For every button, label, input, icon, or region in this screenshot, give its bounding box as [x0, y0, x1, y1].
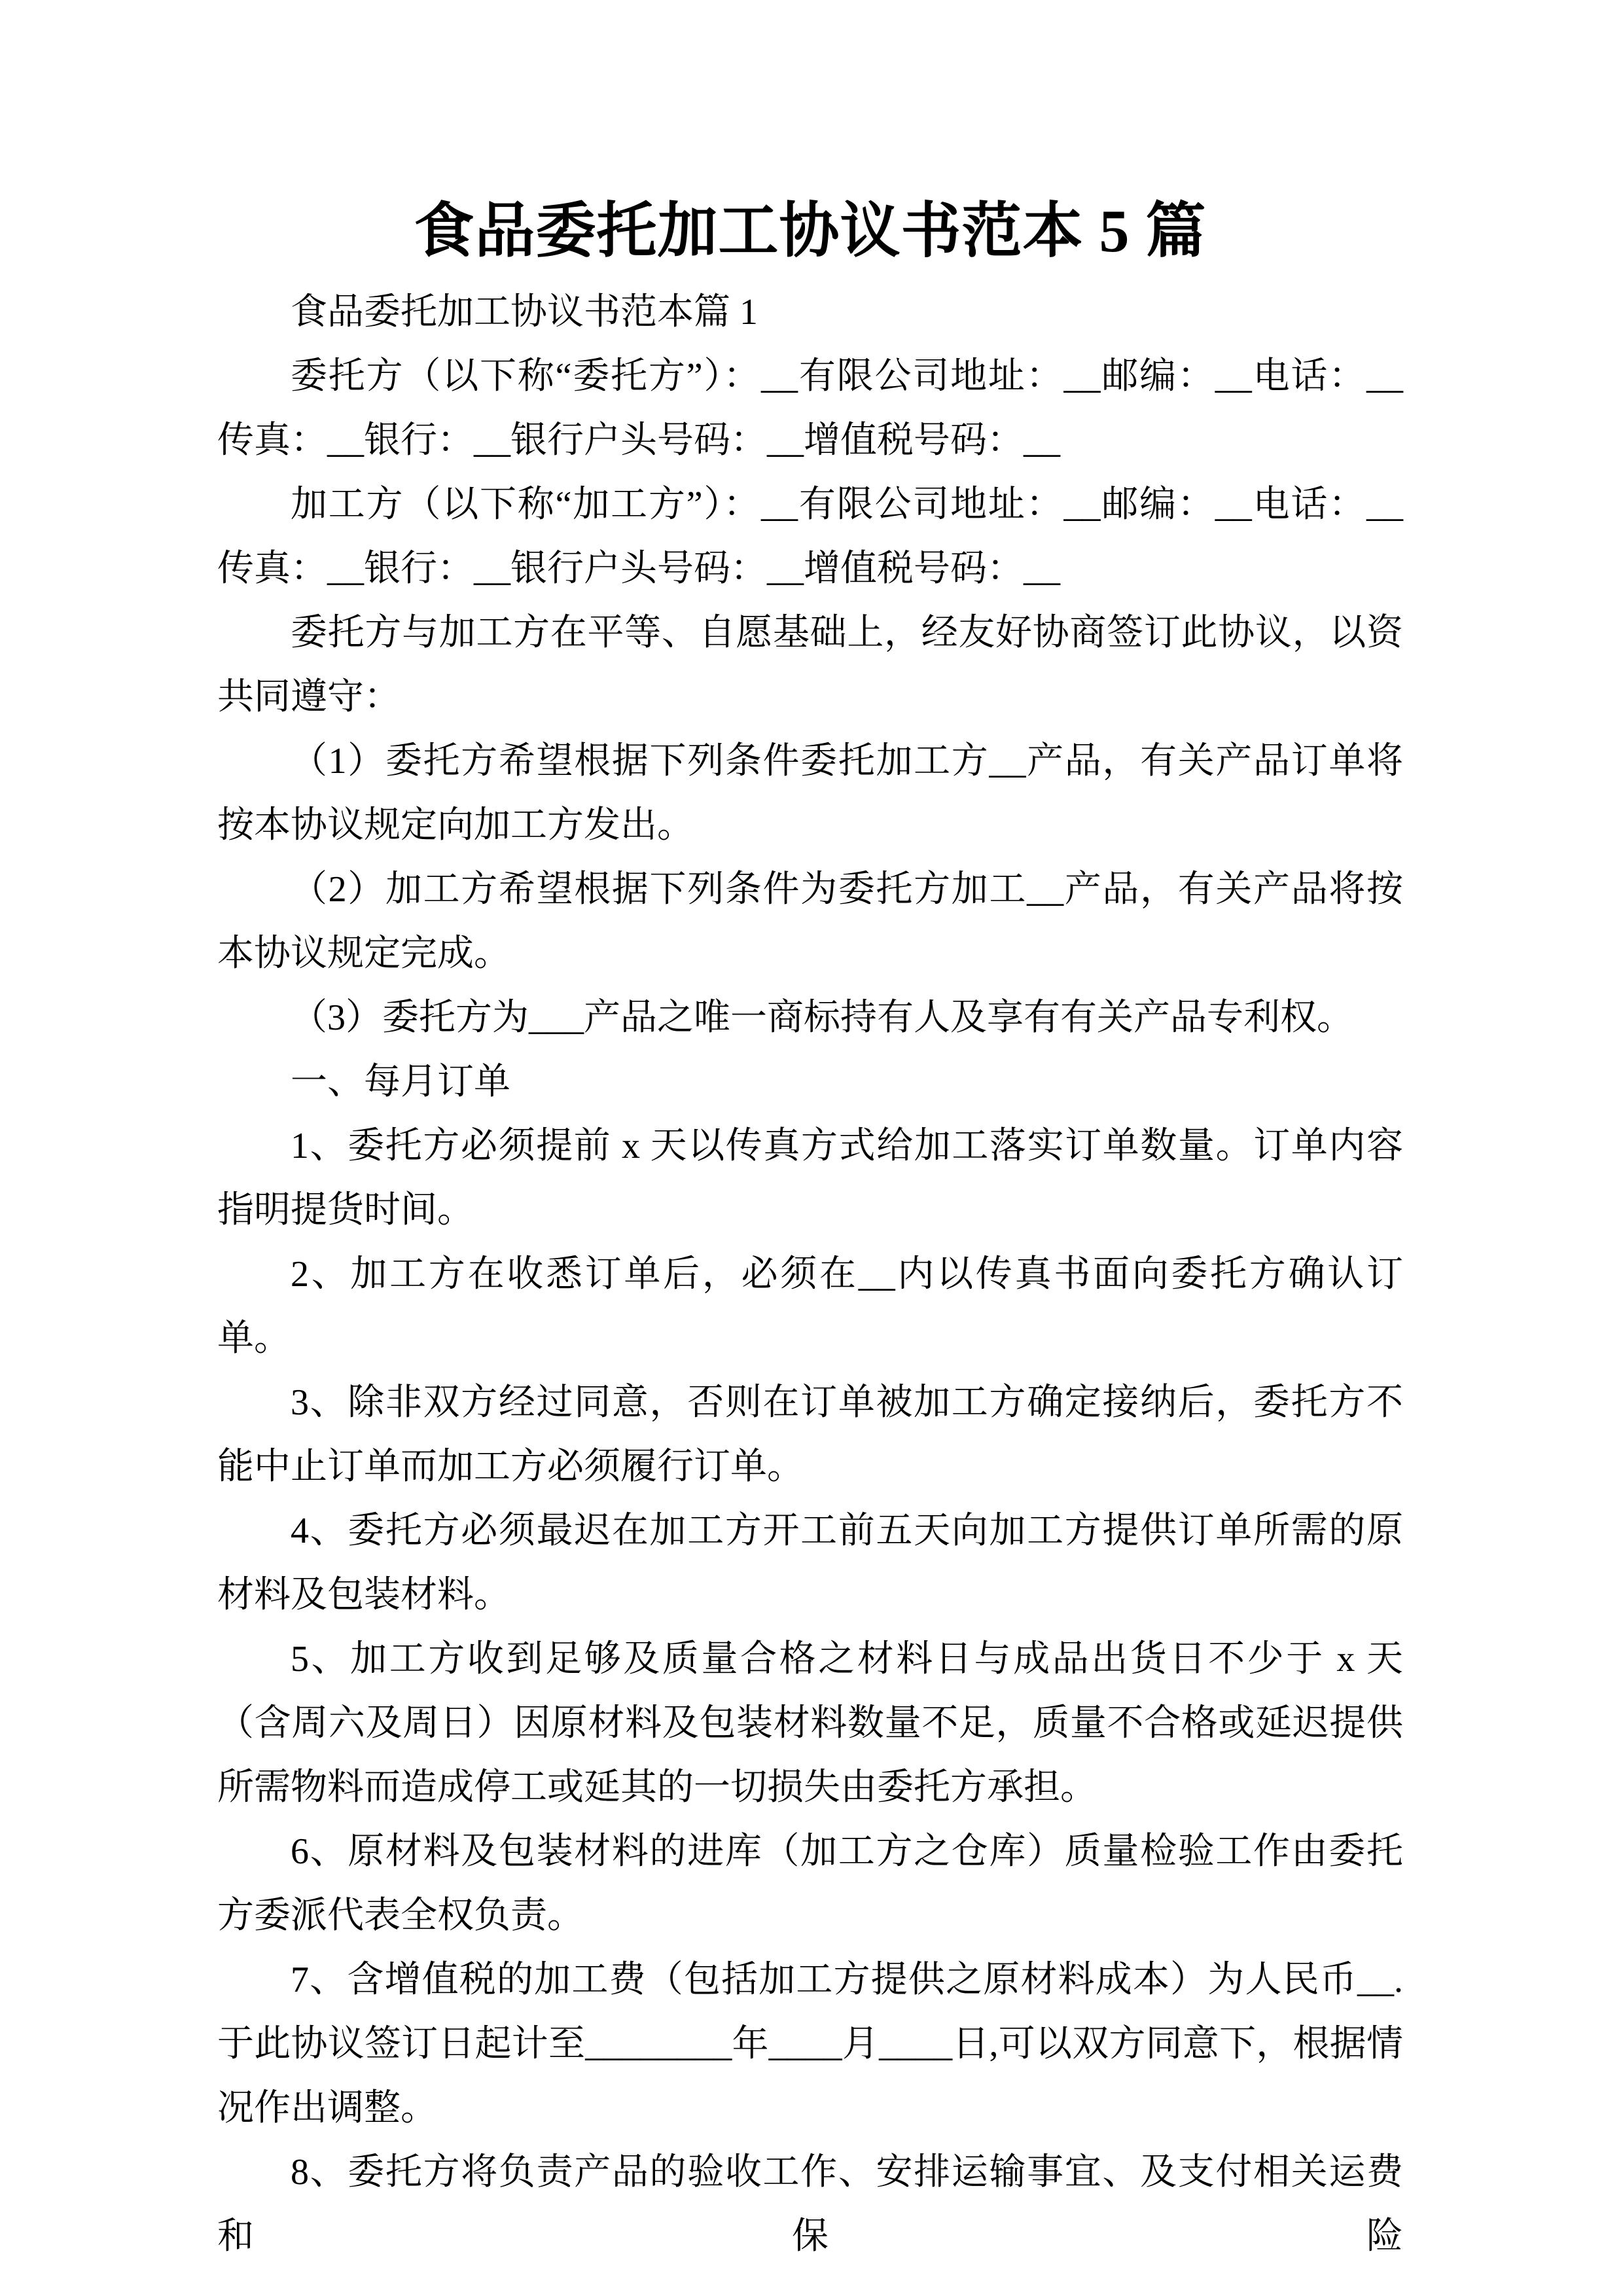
- para-clause-4: 4、委托方必须最迟在加工方开工前五天向加工方提供订单所需的原材料及包装材料。: [217, 1499, 1403, 1627]
- document-page: 食品委托加工协议书范本 5 篇 食品委托加工协议书范本篇 1 委托方（以下称“委…: [0, 0, 1623, 2296]
- heading-monthly-orders: 一、每月订单: [217, 1050, 1403, 1114]
- para-clause-7: 7、含增值税的加工费（包括加工方提供之原材料成本）为人民币__.于此协议签订日起…: [217, 1948, 1403, 2140]
- para-clause-2: 2、加工方在收悉订单后，必须在__内以传真书面向委托方确认订单。: [217, 1242, 1403, 1371]
- para-clause-5: 5、加工方收到足够及质量合格之材料日与成品出货日不少于 x 天（含周六及周日）因…: [217, 1627, 1403, 1820]
- para-clause-1: 1、委托方必须提前 x 天以传真方式给加工落实订单数量。订单内容指明提货时间。: [217, 1114, 1403, 1242]
- document-title: 食品委托加工协议书范本 5 篇: [217, 192, 1403, 270]
- para-recital-3: （3）委托方为___产品之唯一商标持有人及享有有关产品专利权。: [217, 986, 1403, 1050]
- para-recital-1: （1）委托方希望根据下列条件委托加工方__产品，有关产品订单将按本协议规定向加工…: [217, 729, 1403, 857]
- para-processing-party-info: 加工方（以下称“加工方”）：__有限公司地址：__邮编：__电话：__传真：__…: [217, 473, 1403, 601]
- section-heading: 食品委托加工协议书范本篇 1: [217, 280, 1403, 344]
- para-recital-2: （2）加工方希望根据下列条件为委托方加工__产品，有关产品将按本协议规定完成。: [217, 857, 1403, 986]
- para-entrusting-party-info: 委托方（以下称“委托方”）：__有限公司地址：__邮编：__电话：__传真：__…: [217, 344, 1403, 473]
- para-clause-8: 8、委托方将负责产品的验收工作、安排运输事宜、及支付相关运费和保险: [217, 2140, 1403, 2269]
- para-preamble: 委托方与加工方在平等、自愿基础上，经友好协商签订此协议，以资共同遵守：: [217, 601, 1403, 729]
- para-clause-6: 6、原材料及包装材料的进库（加工方之仓库）质量检验工作由委托方委派代表全权负责。: [217, 1820, 1403, 1948]
- para-clause-3: 3、除非双方经过同意，否则在订单被加工方确定接纳后，委托方不能中止订单而加工方必…: [217, 1371, 1403, 1499]
